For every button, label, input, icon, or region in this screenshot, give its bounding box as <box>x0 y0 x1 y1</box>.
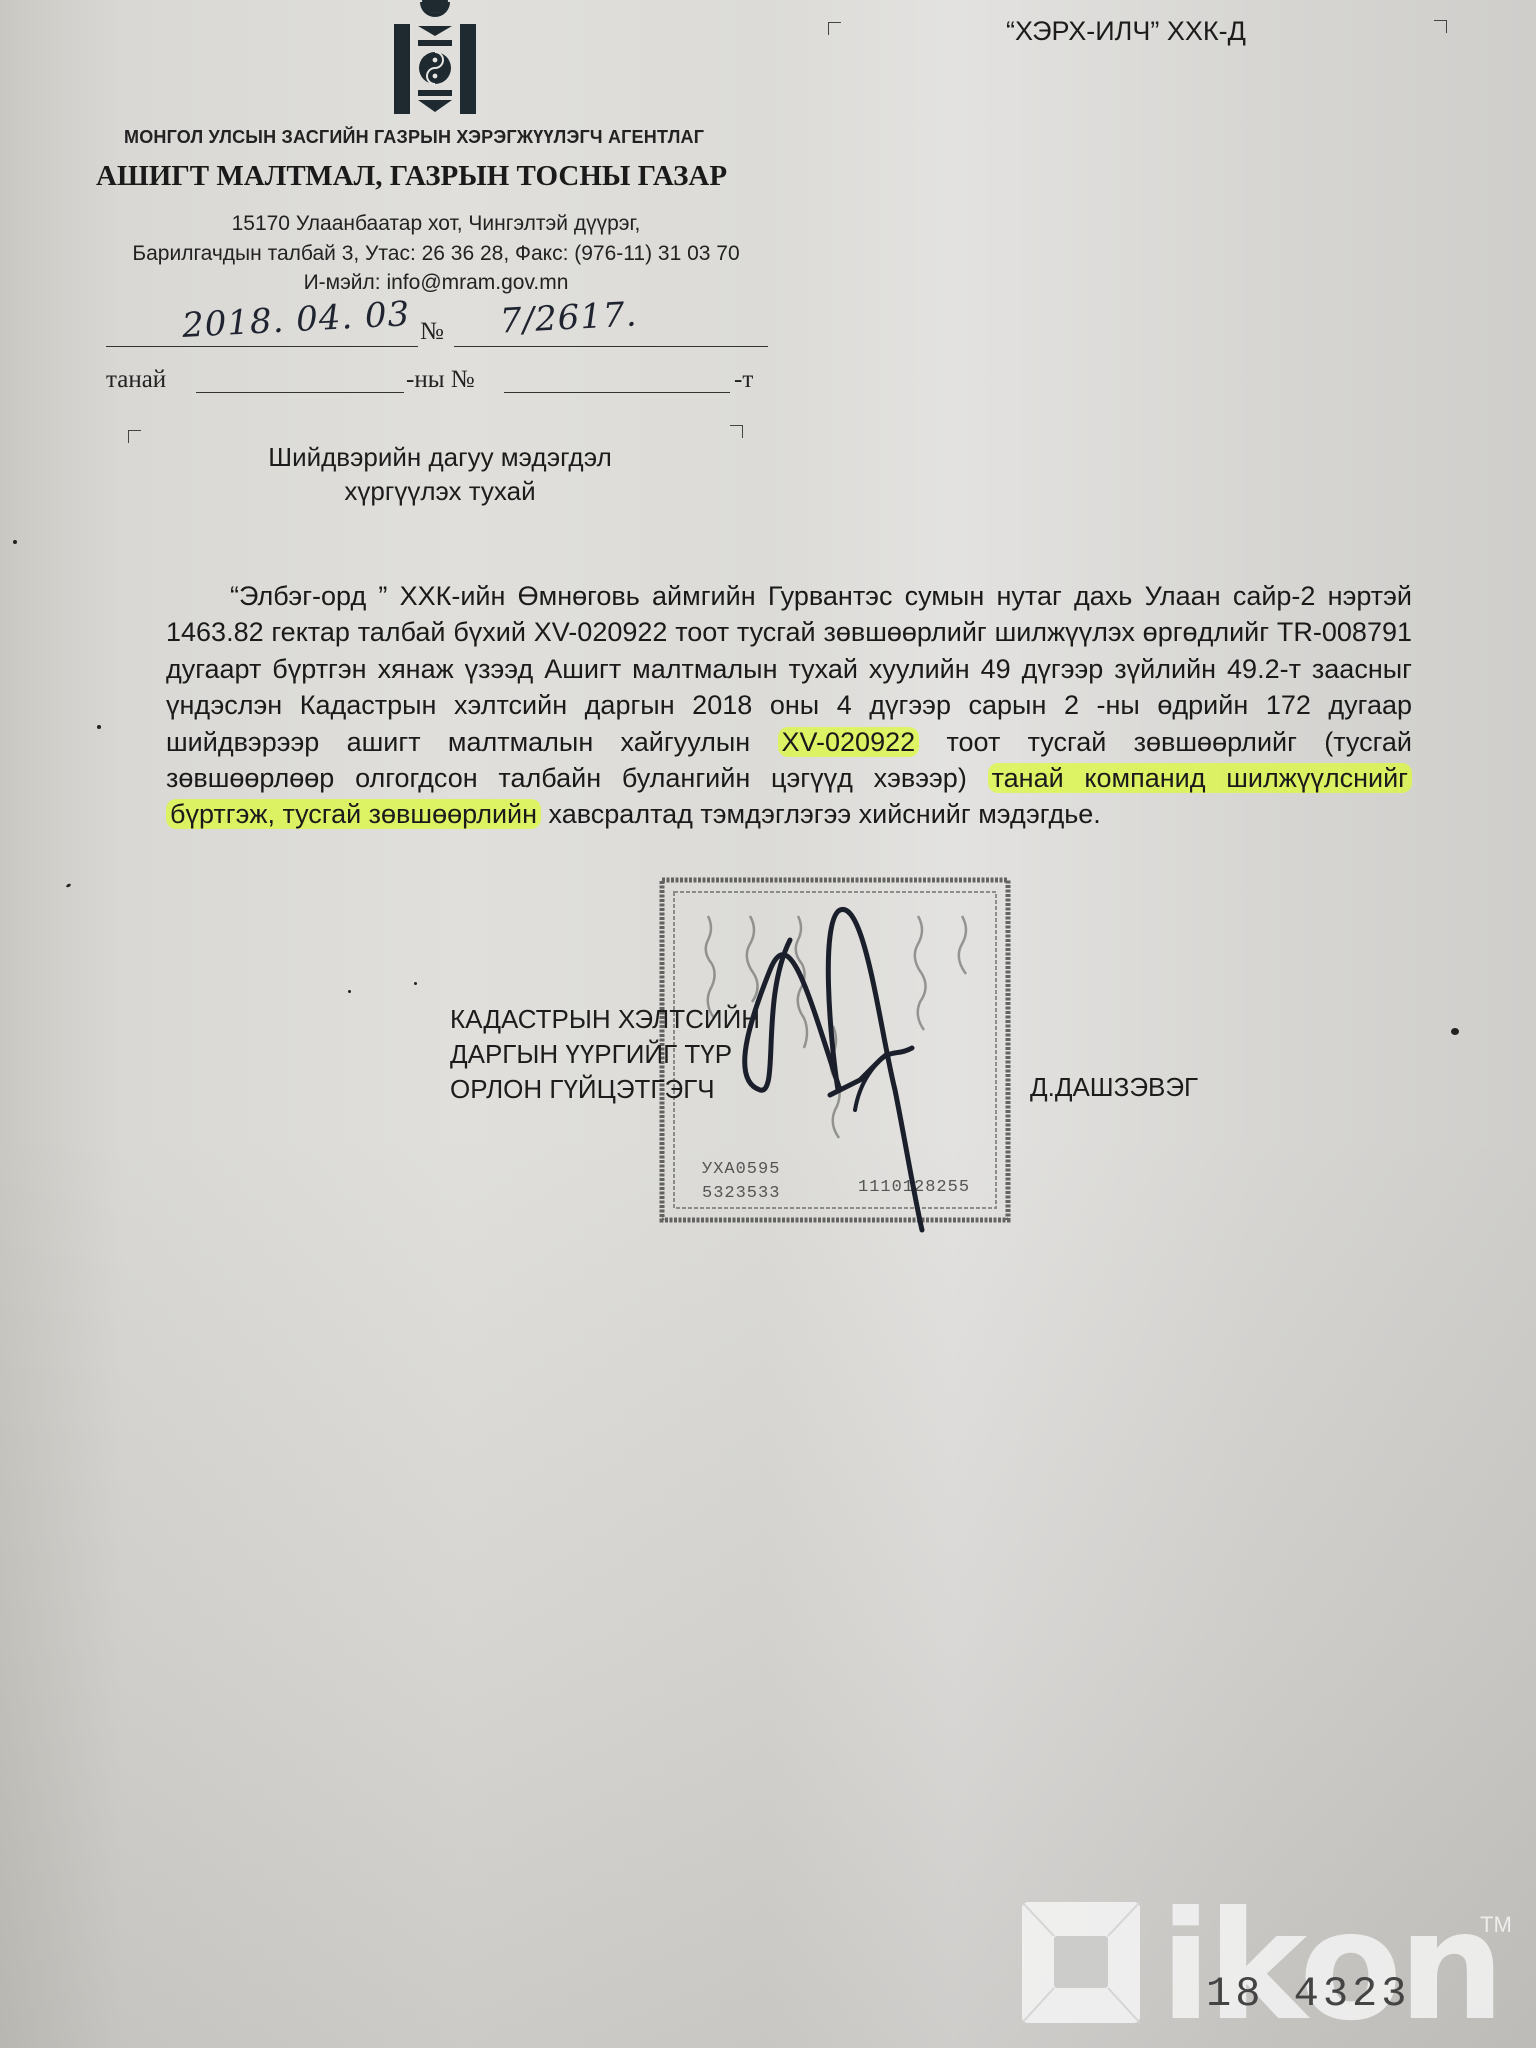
address-line-2: Барилгачдын талбай 3, Утас: 26 36 28, Фа… <box>96 242 776 266</box>
reply-date-underline <box>196 392 404 393</box>
handwritten-signature <box>690 880 990 1240</box>
highlighted-permit-number: XV-020922 <box>778 727 920 757</box>
corner-mark-top-left <box>828 22 841 35</box>
reply-middle: -ны № <box>406 366 475 394</box>
reply-number-underline <box>504 392 730 393</box>
page-stamp-number: 18 4323 <box>1206 1970 1410 2018</box>
agency-line: МОНГОЛ УЛСЫН ЗАСГИЙН ГАЗРЫН ХЭРЭГЖҮҮЛЭГЧ… <box>124 127 704 148</box>
signer-name: Д.ДАШЗЭВЭГ <box>1030 1072 1198 1103</box>
address-line-1: 15170 Улаанбаатар хот, Чингэлтэй дүүрэг, <box>96 212 776 236</box>
email-line: И-мэйл: info@mram.gov.mn <box>96 271 776 295</box>
number-symbol: № <box>420 318 444 346</box>
reply-prefix: танай <box>106 366 166 394</box>
date-underline <box>106 346 418 347</box>
recipient: “ХЭРХ-ИЛЧ” ХХК-Д <box>1006 16 1246 47</box>
subject-line-2: хүргүүлэх тухай <box>230 474 650 508</box>
agency-name: АШИГТ МАЛТМАЛ, ГАЗРЫН ТОСНЫ ГАЗАР <box>96 160 727 193</box>
watermark-trademark: TM <box>1480 1912 1512 1938</box>
number-underline <box>454 346 768 347</box>
subject: Шийдвэрийн дагуу мэдэгдэл хүргүүлэх туха… <box>230 440 650 508</box>
body-paragraph: “Элбэг-орд ” ХХК-ийн Өмнөговь аймгийн Гу… <box>166 578 1412 833</box>
ikon-logo-icon <box>1020 1900 1142 2025</box>
speck-mark <box>97 725 101 729</box>
corner-mark-top-right <box>730 425 743 438</box>
reply-suffix: -т <box>734 366 753 394</box>
speck-mark <box>348 990 351 993</box>
speck-mark <box>414 982 417 985</box>
corner-mark-top-left <box>128 430 141 443</box>
handwritten-number: 7/2617. <box>499 294 638 341</box>
speck-mark <box>13 540 17 544</box>
speck-mark <box>66 883 72 888</box>
soyombo-emblem-icon <box>392 0 478 116</box>
speck-mark <box>1451 1028 1459 1035</box>
subject-line-1: Шийдвэрийн дагуу мэдэгдэл <box>230 440 650 474</box>
handwritten-date: 2018. 04. 03 <box>181 294 411 346</box>
corner-mark-top-right <box>1434 20 1447 33</box>
body-text-part-3: хавсралтад тэмдэглэгээ хийснийг мэдэгдье… <box>541 799 1101 829</box>
watermark-text: ikon <box>1160 1880 1501 2048</box>
